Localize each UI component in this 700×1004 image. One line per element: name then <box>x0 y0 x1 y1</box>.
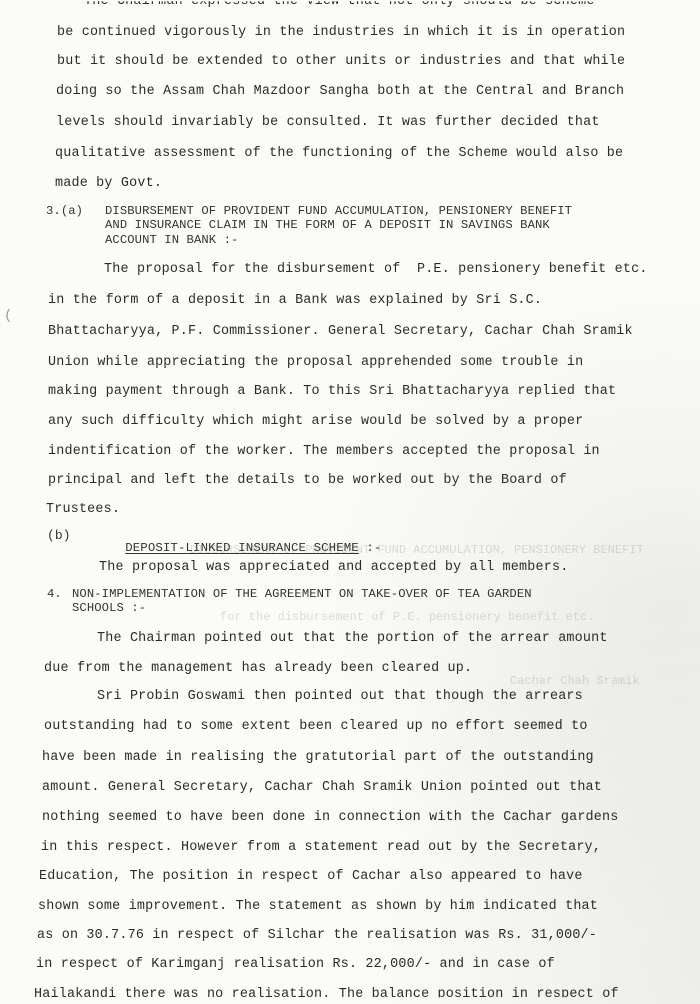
section-heading-line: DISBURSEMENT OF PROVIDENT FUND ACCUMULAT… <box>105 205 572 218</box>
text-line: Education, The position in respect of Ca… <box>39 869 583 885</box>
section-heading-line: ACCOUNT IN BANK :- <box>105 234 238 247</box>
text-line: Hailakandi there was no realisation. The… <box>34 987 619 1003</box>
text-line: Bhattacharyya, P.F. Commissioner. Genera… <box>48 324 633 340</box>
text-line: shown some improvement. The statement as… <box>38 899 598 915</box>
text-line: due from the management has already been… <box>44 661 472 677</box>
section-heading-line: AND INSURANCE CLAIM IN THE FORM OF A DEP… <box>105 219 550 232</box>
text-line: made by Govt. <box>55 176 162 192</box>
punch-hole-mark: ( <box>4 308 12 324</box>
text-line: but it should be extended to other units… <box>57 54 625 70</box>
heading-suffix: :- <box>359 541 382 555</box>
text-line: in respect of Karimganj realisation Rs. … <box>36 957 555 973</box>
text-line: have been made in realising the gratutor… <box>42 750 594 766</box>
scanned-document-page: DISBURSEMENT OF PROVIDENT FUND ACCUMULAT… <box>0 0 700 1004</box>
section-heading: DEPOSIT-LINKED INSURANCE SCHEME <box>125 541 359 555</box>
text-line: levels should invariably be consulted. I… <box>56 115 600 131</box>
bleed-through-text: Cachar Chah Sramik <box>510 674 640 688</box>
text-line: Union while appreciating the proposal ap… <box>48 355 583 371</box>
text-line: Trustees. <box>46 502 120 518</box>
text-line: The Chairman expressed the view that not… <box>84 0 595 10</box>
text-line: doing so the Assam Chah Mazdoor Sangha b… <box>56 84 624 100</box>
text-line: in the form of a deposit in a Bank was e… <box>48 293 542 309</box>
text-line: be continued vigorously in the industrie… <box>57 25 625 41</box>
bleed-through-text: for the disbursement of P.E. pensionery … <box>220 610 594 624</box>
text-line: in this respect. However from a statemen… <box>41 840 601 856</box>
text-line: nothing seemed to have been done in conn… <box>42 810 619 826</box>
text-line: The proposal for the disbursement of P.E… <box>104 262 648 278</box>
text-line: making payment through a Bank. To this S… <box>48 384 616 400</box>
text-line: any such difficulty which might arise wo… <box>48 414 583 430</box>
text-line: amount. General Secretary, Cachar Chah S… <box>42 780 602 796</box>
text-line: principal and left the details to be wor… <box>48 473 567 489</box>
section-number: 4. <box>47 588 62 601</box>
text-line: The Chairman pointed out that the portio… <box>97 631 608 647</box>
text-line: indentification of the worker. The membe… <box>48 444 600 460</box>
text-line: qualitative assessment of the functionin… <box>55 146 623 162</box>
section-heading-line: NON-IMPLEMENTATION OF THE AGREEMENT ON T… <box>72 588 532 601</box>
text-line: Sri Probin Goswami then pointed out that… <box>97 689 583 705</box>
section-number: 3.(a) <box>46 205 83 218</box>
text-line: The proposal was appreciated and accepte… <box>99 560 568 576</box>
section-heading-line: SCHOOLS :- <box>72 602 146 615</box>
text-line: outstanding had to some extent been clea… <box>44 719 588 735</box>
section-number: (b) <box>47 529 71 542</box>
text-line: as on 30.7.76 in respect of Silchar the … <box>37 928 597 944</box>
